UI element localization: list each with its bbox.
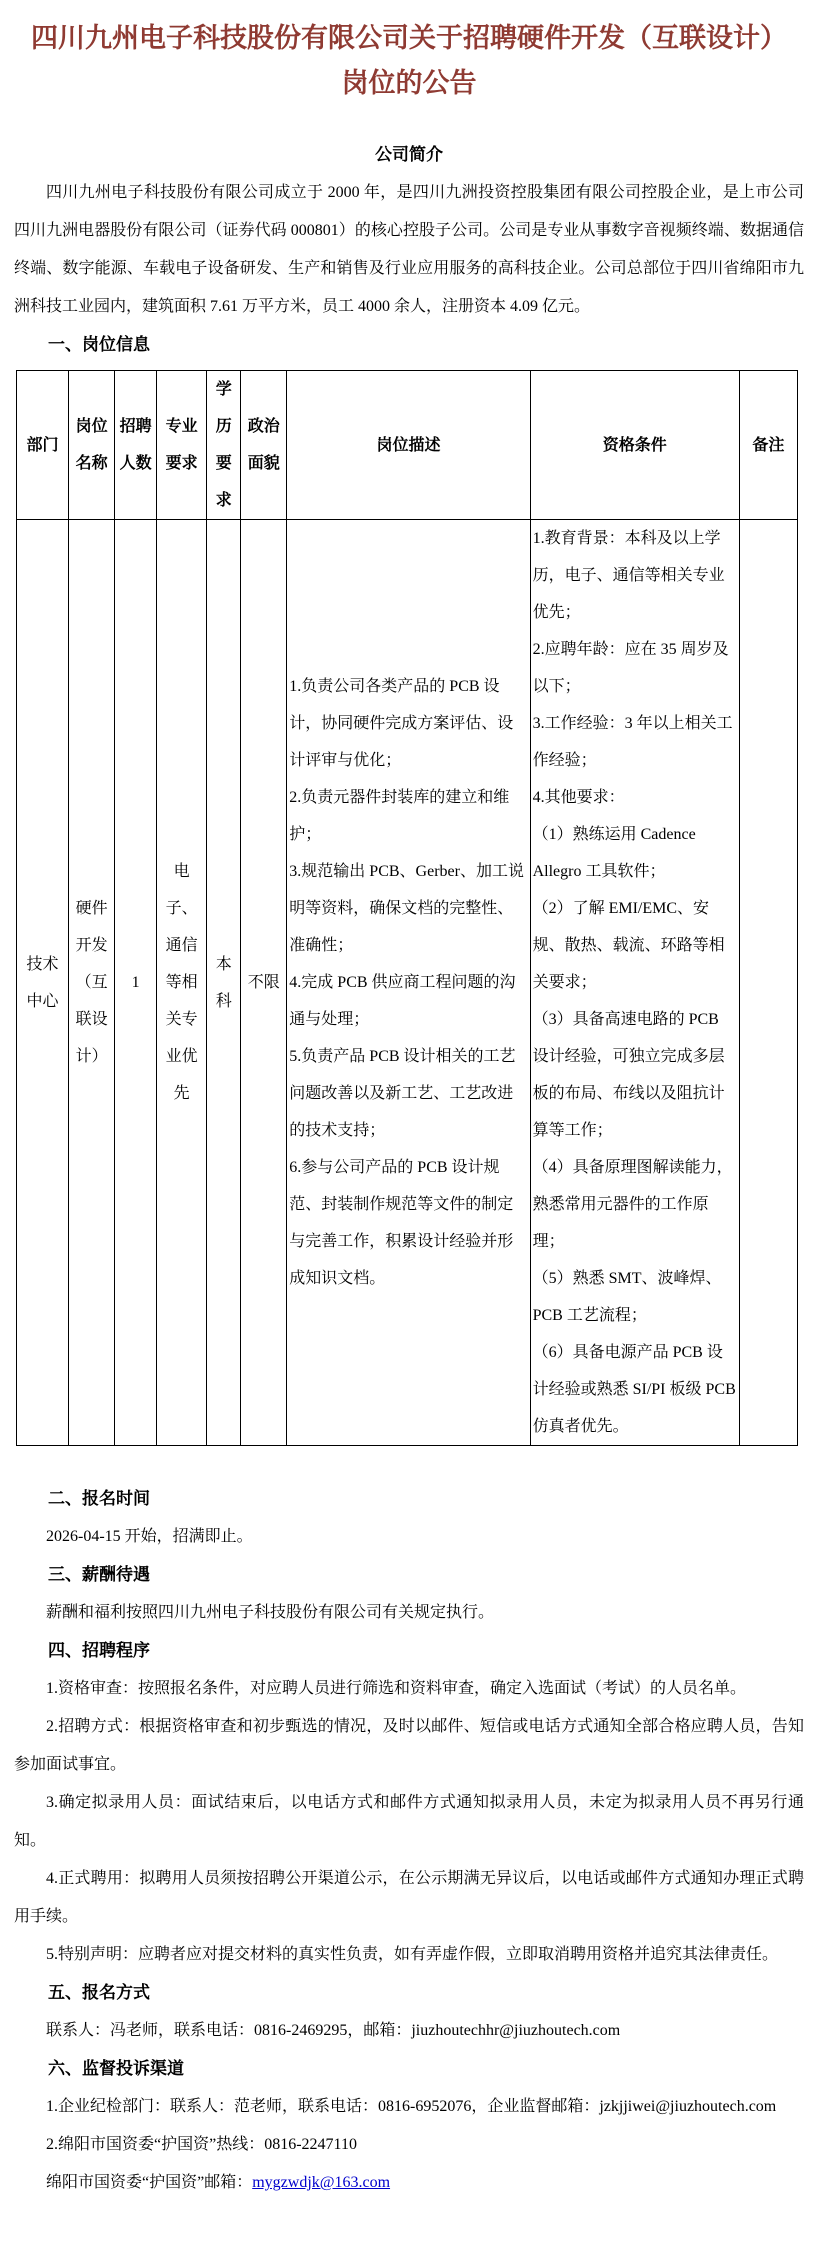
header-cell-education: 学历要求 bbox=[207, 371, 241, 520]
supervision-email-prefix: 绵阳市国资委“护国资”邮箱： bbox=[46, 2174, 252, 2191]
announcement-sections: 二、报名时间 2026-04-15 开始，招满即止。 三、薪酬待遇 薪酬和福利按… bbox=[14, 1480, 804, 2202]
cell-position-name: 硬件开发（互联设计） bbox=[69, 520, 115, 1446]
qualification-item: 4.其他要求： bbox=[533, 779, 737, 816]
section-supervision-body: 1.企业纪检部门：联系人：范老师，联系电话：0816-6952076，企业监督邮… bbox=[14, 2088, 804, 2164]
header-cell-position-name: 岗位名称 bbox=[69, 371, 115, 520]
section-heading-job-info: 一、岗位信息 bbox=[14, 326, 804, 364]
section-salary: 三、薪酬待遇 薪酬和福利按照四川九州电子科技股份有限公司有关规定执行。 bbox=[14, 1556, 804, 1632]
table-row: 技术中心 硬件开发（互联设计） 1 电子、通信等相关专业优先 本科 不限 1.负… bbox=[17, 520, 798, 1446]
header-cell-department: 部门 bbox=[17, 371, 69, 520]
section-supervision: 六、监督投诉渠道 1.企业纪检部门：联系人：范老师，联系电话：0816-6952… bbox=[14, 2050, 804, 2202]
section-paragraph: 1.企业纪检部门：联系人：范老师，联系电话：0816-6952076，企业监督邮… bbox=[14, 2088, 804, 2126]
header-cell-remark: 备注 bbox=[739, 371, 797, 520]
job-description-item: 2.负责元器件封装库的建立和维护； bbox=[289, 779, 527, 853]
section-paragraph: 薪酬和福利按照四川九州电子科技股份有限公司有关规定执行。 bbox=[14, 1594, 804, 1632]
section-signup-time: 二、报名时间 2026-04-15 开始，招满即止。 bbox=[14, 1480, 804, 1556]
qualification-item: 1.教育背景：本科及以上学历，电子、通信等相关专业优先； bbox=[533, 520, 737, 631]
job-info-table: 部门 岗位名称 招聘人数 专业要求 学历要求 政治面貌 岗位描述 资格条件 备注… bbox=[16, 370, 798, 1446]
section-procedure: 四、招聘程序 1.资格审查：按照报名条件，对应聘人员进行筛选和资料审查，确定入选… bbox=[14, 1632, 804, 1974]
cell-job-description: 1.负责公司各类产品的 PCB 设计，协同硬件完成方案评估、设计评审与优化；2.… bbox=[287, 520, 530, 1446]
section-paragraph: 3.确定拟录用人员：面试结束后，以电话方式和邮件方式通知拟录用人员，未定为拟录用… bbox=[14, 1784, 804, 1860]
header-cell-major: 专业要求 bbox=[157, 371, 207, 520]
header-cell-headcount: 招聘人数 bbox=[115, 371, 157, 520]
section-heading-apply-method: 五、报名方式 bbox=[14, 1974, 804, 2012]
job-description-item: 4.完成 PCB 供应商工程问题的沟通与处理； bbox=[289, 964, 527, 1038]
job-description-item: 1.负责公司各类产品的 PCB 设计，协同硬件完成方案评估、设计评审与优化； bbox=[289, 668, 527, 779]
job-description-item: 3.规范输出 PCB、Gerber、加工说明等资料，确保文档的完整性、准确性； bbox=[289, 853, 527, 964]
qualification-item: （6）具备电源产品 PCB 设计经验或熟悉 SI/PI 板级 PCB 仿真者优先… bbox=[533, 1334, 737, 1445]
qualification-item: （3）具备高速电路的 PCB 设计经验，可独立完成多层板的布局、布线以及阻抗计算… bbox=[533, 1001, 737, 1149]
table-header-row: 部门 岗位名称 招聘人数 专业要求 学历要求 政治面貌 岗位描述 资格条件 备注 bbox=[17, 371, 798, 520]
section-heading-signup-time: 二、报名时间 bbox=[14, 1480, 804, 1518]
cell-qualifications: 1.教育背景：本科及以上学历，电子、通信等相关专业优先；2.应聘年龄：应在 35… bbox=[530, 520, 739, 1446]
section-signup-time-body: 2026-04-15 开始，招满即止。 bbox=[14, 1518, 804, 1556]
section-salary-body: 薪酬和福利按照四川九州电子科技股份有限公司有关规定执行。 bbox=[14, 1594, 804, 1632]
document-page: 四川九州电子科技股份有限公司关于招聘硬件开发（互联设计）岗位的公告 公司简介 四… bbox=[0, 0, 818, 2228]
qualification-item: （2）了解 EMI/EMC、安规、散热、载流、环路等相关要求； bbox=[533, 890, 737, 1001]
supervision-email-link[interactable]: mygzwdjk@163.com bbox=[252, 2174, 390, 2191]
section-heading-procedure: 四、招聘程序 bbox=[14, 1632, 804, 1670]
section-apply-method-body: 联系人：冯老师，联系电话：0816-2469295，邮箱：jiuzhoutech… bbox=[14, 2012, 804, 2050]
section-procedure-body: 1.资格审查：按照报名条件，对应聘人员进行筛选和资料审查，确定入选面试（考试）的… bbox=[14, 1670, 804, 1974]
section-paragraph: 1.资格审查：按照报名条件，对应聘人员进行筛选和资料审查，确定入选面试（考试）的… bbox=[14, 1670, 804, 1708]
qualification-item: 2.应聘年龄：应在 35 周岁及以下； bbox=[533, 631, 737, 705]
section-paragraph: 2026-04-15 开始，招满即止。 bbox=[14, 1518, 804, 1556]
company-intro-heading: 公司简介 bbox=[14, 136, 804, 174]
header-cell-political: 政治面貌 bbox=[241, 371, 287, 520]
cell-major: 电子、通信等相关专业优先 bbox=[157, 520, 207, 1446]
qualification-item: （1）熟练运用 Cadence Allegro 工具软件； bbox=[533, 816, 737, 890]
section-heading-supervision: 六、监督投诉渠道 bbox=[14, 2050, 804, 2088]
qualification-item: 3.工作经验：3 年以上相关工作经验； bbox=[533, 705, 737, 779]
section-paragraph: 2.招聘方式：根据资格审查和初步甄选的情况，及时以邮件、短信或电话方式通知全部合… bbox=[14, 1708, 804, 1784]
cell-headcount: 1 bbox=[115, 520, 157, 1446]
page-title: 四川九州电子科技股份有限公司关于招聘硬件开发（互联设计）岗位的公告 bbox=[20, 16, 798, 106]
cell-department: 技术中心 bbox=[17, 520, 69, 1446]
section-paragraph: 2.绵阳市国资委“护国资”热线：0816-2247110 bbox=[14, 2126, 804, 2164]
section-paragraph: 5.特别声明：应聘者应对提交材料的真实性负责，如有弄虚作假，立即取消聘用资格并追… bbox=[14, 1936, 804, 1974]
cell-remark bbox=[739, 520, 797, 1446]
header-cell-description: 岗位描述 bbox=[287, 371, 530, 520]
section-paragraph: 4.正式聘用：拟聘用人员须按招聘公开渠道公示，在公示期满无异议后，以电话或邮件方… bbox=[14, 1860, 804, 1936]
section-heading-salary: 三、薪酬待遇 bbox=[14, 1556, 804, 1594]
job-description-item: 6.参与公司产品的 PCB 设计规范、封装制作规范等文件的制定与完善工作，积累设… bbox=[289, 1149, 527, 1297]
section-apply-method: 五、报名方式 联系人：冯老师，联系电话：0816-2469295，邮箱：jiuz… bbox=[14, 1974, 804, 2050]
cell-political: 不限 bbox=[241, 520, 287, 1446]
header-cell-qualifications: 资格条件 bbox=[530, 371, 739, 520]
supervision-email-line: 绵阳市国资委“护国资”邮箱：mygzwdjk@163.com bbox=[14, 2164, 804, 2202]
qualification-item: （4）具备原理图解读能力，熟悉常用元器件的工作原理； bbox=[533, 1149, 737, 1260]
job-description-item: 5.负责产品 PCB 设计相关的工艺问题改善以及新工艺、工艺改进的技术支持； bbox=[289, 1038, 527, 1149]
qualification-item: （5）熟悉 SMT、波峰焊、PCB 工艺流程； bbox=[533, 1260, 737, 1334]
company-intro-paragraph: 四川九州电子科技股份有限公司成立于 2000 年，是四川九洲投资控股集团有限公司… bbox=[14, 174, 804, 326]
cell-education: 本科 bbox=[207, 520, 241, 1446]
section-paragraph: 联系人：冯老师，联系电话：0816-2469295，邮箱：jiuzhoutech… bbox=[14, 2012, 804, 2050]
